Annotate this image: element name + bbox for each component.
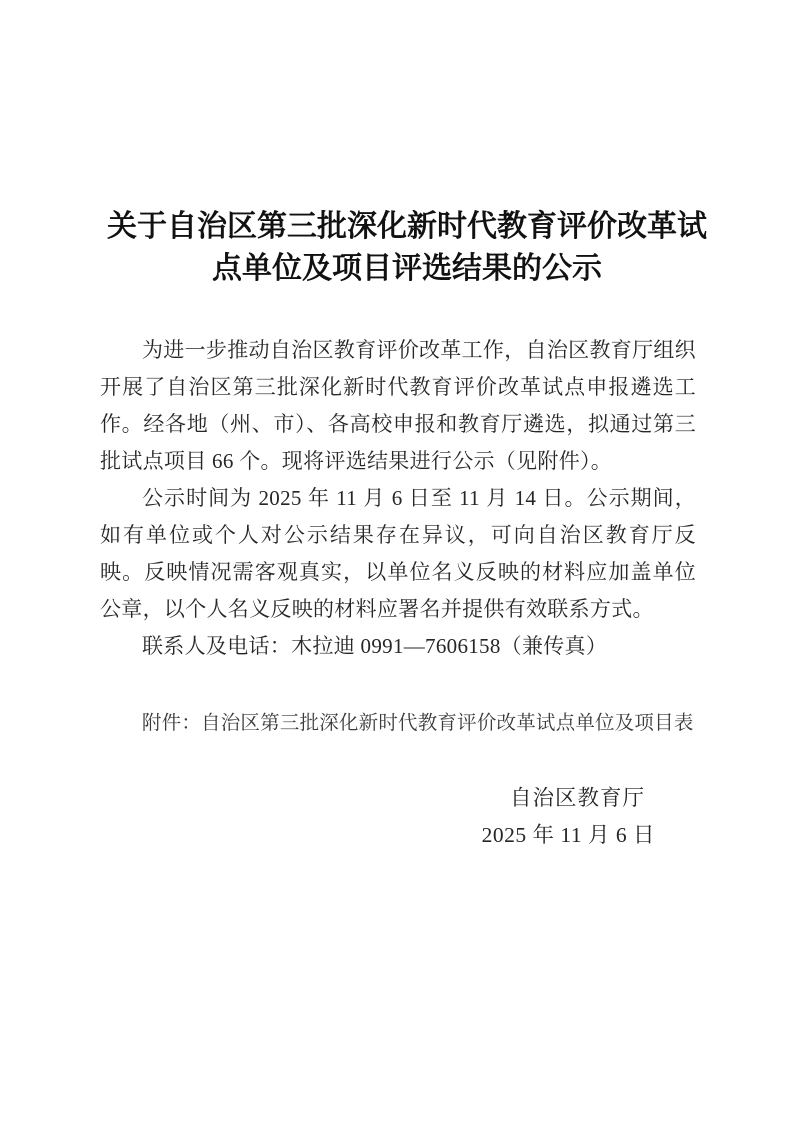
paragraph-contact: 联系人及电话：木拉迪 0991—7606158（兼传真） xyxy=(100,628,696,665)
notice-date: 2025 年 11 月 6 日 xyxy=(100,817,696,854)
signature-block: 自治区教育厅 2025 年 11 月 6 日 xyxy=(100,780,696,854)
notice-title: 关于自治区第三批深化新时代教育评价改革试点单位及项目评选结果的公示 xyxy=(100,206,714,290)
notice-body: 为进一步推动自治区教育评价改革工作，自治区教育厅组织开展了自治区第三批深化新时代… xyxy=(100,332,696,665)
notice-page: 关于自治区第三批深化新时代教育评价改革试点单位及项目评选结果的公示 为进一步推动… xyxy=(0,0,793,1122)
paragraph-intro: 为进一步推动自治区教育评价改革工作，自治区教育厅组织开展了自治区第三批深化新时代… xyxy=(100,332,696,480)
notice-content: 关于自治区第三批深化新时代教育评价改革试点单位及项目评选结果的公示 为进一步推动… xyxy=(0,206,793,854)
attachment-line: 附件：自治区第三批深化新时代教育评价改革试点单位及项目表 xyxy=(100,705,696,742)
signer-name: 自治区教育厅 xyxy=(100,780,696,817)
paragraph-publicity-period: 公示时间为 2025 年 11 月 6 日至 11 月 14 日。公示期间，如有… xyxy=(100,480,696,628)
